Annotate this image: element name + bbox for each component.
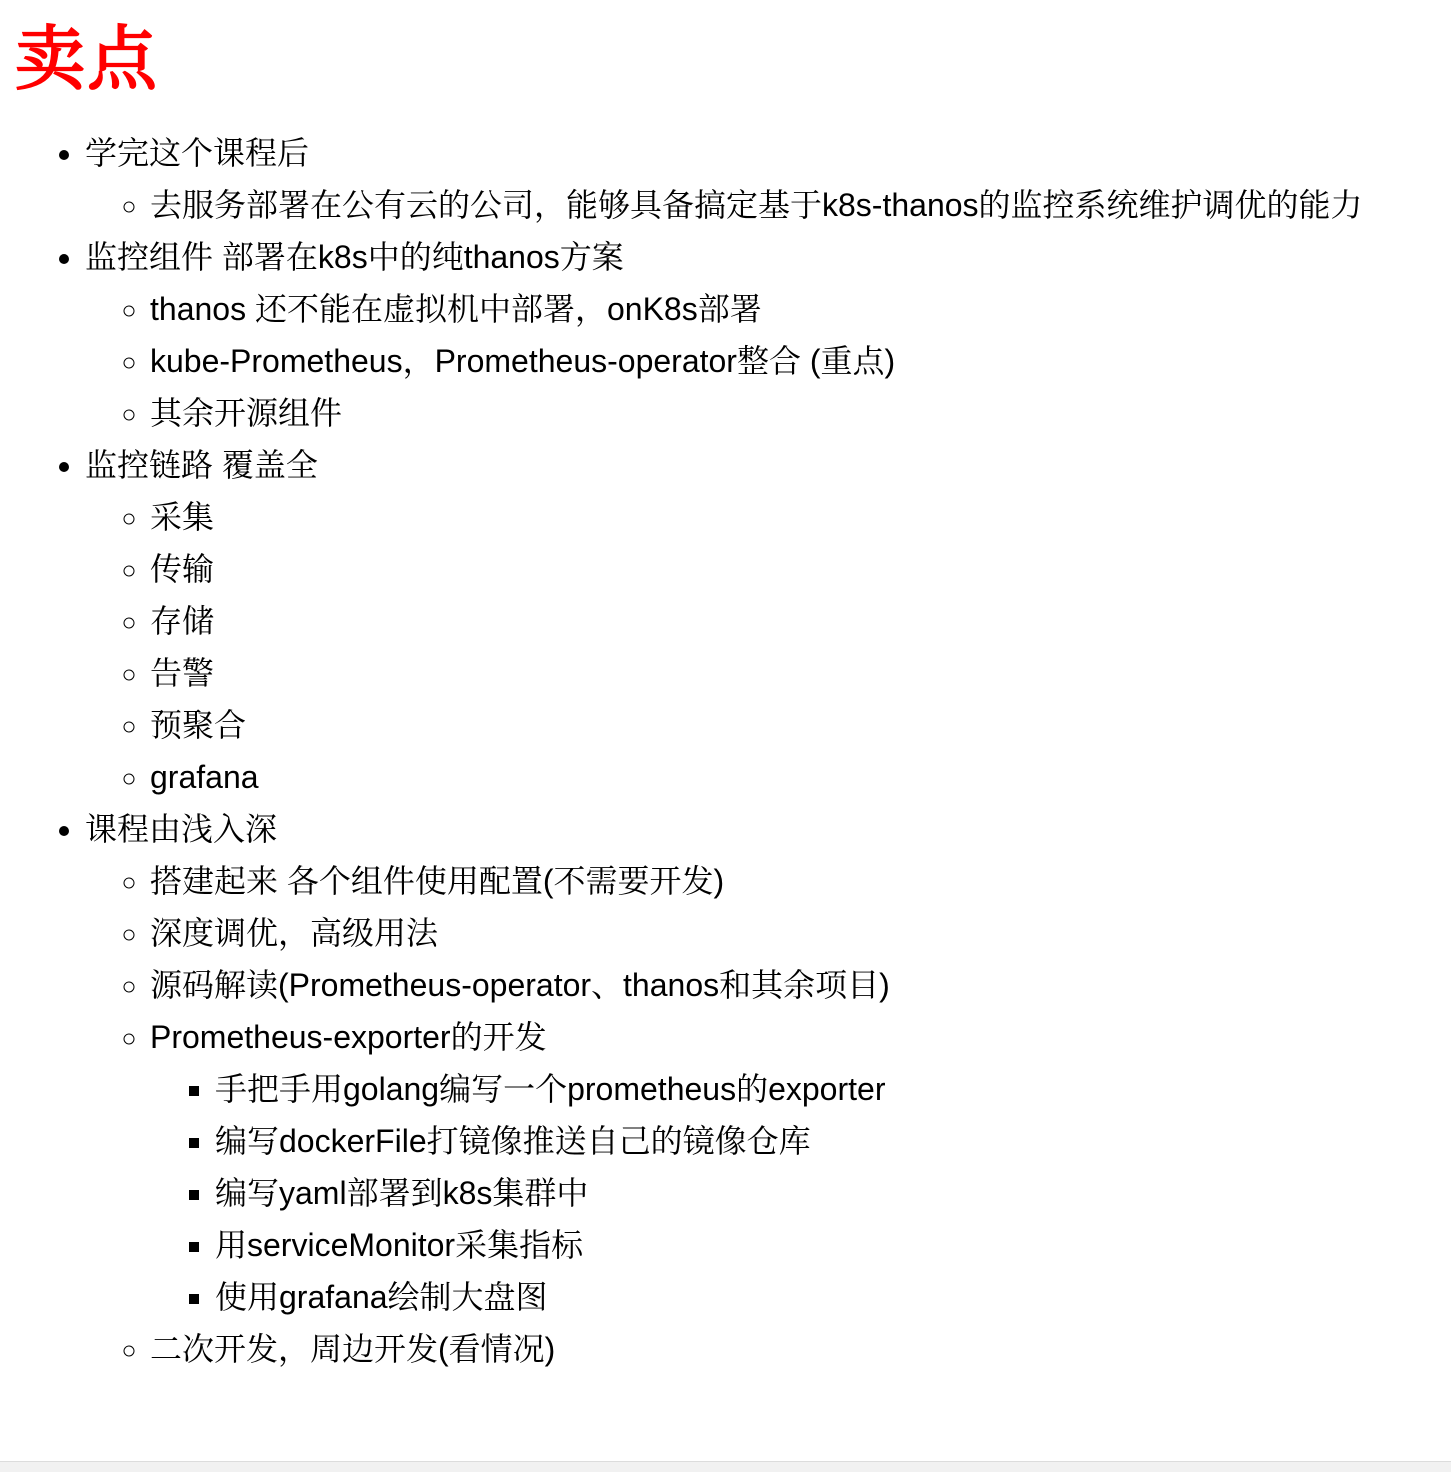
list-item-text: 预聚合 bbox=[150, 707, 246, 743]
list-item-text: 传输 bbox=[150, 551, 214, 587]
list-item: 存储 bbox=[150, 595, 1451, 647]
sublist: 去服务部署在公有云的公司，能够具备搞定基于k8s-thanos的监控系统维护调优… bbox=[85, 179, 1451, 231]
list-item: 预聚合 bbox=[150, 699, 1451, 751]
list-item: 编写dockerFile打镜像推送自己的镜像仓库 bbox=[215, 1115, 1451, 1167]
list-item-text: 采集 bbox=[150, 499, 214, 535]
list-item: 告警 bbox=[150, 647, 1451, 699]
list-item-text: 课程由浅入深 bbox=[85, 811, 277, 847]
list-item: 二次开发，周边开发(看情况) bbox=[150, 1323, 1451, 1375]
list-item: thanos 还不能在虚拟机中部署，onK8s部署 bbox=[150, 283, 1451, 335]
list-item-text: 编写yaml部署到k8s集群中 bbox=[215, 1175, 588, 1211]
list-item: 去服务部署在公有云的公司，能够具备搞定基于k8s-thanos的监控系统维护调优… bbox=[150, 179, 1451, 231]
list-item-text: 使用grafana绘制大盘图 bbox=[215, 1279, 548, 1315]
sublist: 搭建起来 各个组件使用配置(不需要开发) 深度调优，高级用法 源码解读(Prom… bbox=[85, 855, 1451, 1375]
list-item-text: 存储 bbox=[150, 603, 214, 639]
list-item-text: 其余开源组件 bbox=[150, 395, 342, 431]
list-item-text: 二次开发，周边开发(看情况) bbox=[150, 1331, 555, 1367]
sublist: 手把手用golang编写一个prometheus的exporter 编写dock… bbox=[150, 1063, 1451, 1323]
list-item: 其余开源组件 bbox=[150, 387, 1451, 439]
selling-points-list: 学完这个课程后 去服务部署在公有云的公司，能够具备搞定基于k8s-thanos的… bbox=[0, 127, 1451, 1375]
page-title: 卖点 bbox=[15, 14, 1451, 105]
list-item: 用serviceMonitor采集指标 bbox=[215, 1219, 1451, 1271]
list-item: Prometheus-exporter的开发 手把手用golang编写一个pro… bbox=[150, 1011, 1451, 1323]
document-body: 卖点 学完这个课程后 去服务部署在公有云的公司，能够具备搞定基于k8s-than… bbox=[0, 14, 1451, 1375]
list-item: 采集 bbox=[150, 491, 1451, 543]
list-item: 学完这个课程后 去服务部署在公有云的公司，能够具备搞定基于k8s-thanos的… bbox=[85, 127, 1451, 231]
list-item: grafana bbox=[150, 751, 1451, 803]
list-item-text: 监控组件 部署在k8s中的纯thanos方案 bbox=[85, 239, 624, 275]
list-item-text: 手把手用golang编写一个prometheus的exporter bbox=[215, 1071, 885, 1107]
list-item: 监控链路 覆盖全 采集 传输 存储 告警 预聚合 grafana bbox=[85, 439, 1451, 803]
list-item: 搭建起来 各个组件使用配置(不需要开发) bbox=[150, 855, 1451, 907]
list-item: 源码解读(Prometheus-operator、thanos和其余项目) bbox=[150, 959, 1451, 1011]
list-item: 编写yaml部署到k8s集群中 bbox=[215, 1167, 1451, 1219]
list-item: kube-Prometheus，Prometheus-operator整合 (重… bbox=[150, 335, 1451, 387]
list-item: 课程由浅入深 搭建起来 各个组件使用配置(不需要开发) 深度调优，高级用法 源码… bbox=[85, 803, 1451, 1375]
list-item-text: 源码解读(Prometheus-operator、thanos和其余项目) bbox=[150, 967, 890, 1003]
list-item: 监控组件 部署在k8s中的纯thanos方案 thanos 还不能在虚拟机中部署… bbox=[85, 231, 1451, 439]
list-item-text: 用serviceMonitor采集指标 bbox=[215, 1227, 583, 1263]
list-item-text: 监控链路 覆盖全 bbox=[85, 447, 318, 483]
list-item-text: grafana bbox=[150, 759, 259, 795]
list-item-text: 深度调优，高级用法 bbox=[150, 915, 438, 951]
list-item: 传输 bbox=[150, 543, 1451, 595]
list-item-text: 去服务部署在公有云的公司，能够具备搞定基于k8s-thanos的监控系统维护调优… bbox=[150, 187, 1363, 223]
horizontal-scrollbar[interactable] bbox=[0, 1461, 1451, 1472]
list-item-text: 搭建起来 各个组件使用配置(不需要开发) bbox=[150, 863, 724, 899]
list-item-text: kube-Prometheus，Prometheus-operator整合 (重… bbox=[150, 343, 895, 379]
sublist: thanos 还不能在虚拟机中部署，onK8s部署 kube-Prometheu… bbox=[85, 283, 1451, 439]
sublist: 采集 传输 存储 告警 预聚合 grafana bbox=[85, 491, 1451, 803]
list-item: 使用grafana绘制大盘图 bbox=[215, 1271, 1451, 1323]
list-item-text: Prometheus-exporter的开发 bbox=[150, 1019, 547, 1055]
list-item-text: thanos 还不能在虚拟机中部署，onK8s部署 bbox=[150, 291, 762, 327]
list-item-text: 编写dockerFile打镜像推送自己的镜像仓库 bbox=[215, 1123, 811, 1159]
list-item-text: 学完这个课程后 bbox=[85, 135, 309, 171]
list-item: 手把手用golang编写一个prometheus的exporter bbox=[215, 1063, 1451, 1115]
list-item-text: 告警 bbox=[150, 655, 214, 691]
list-item: 深度调优，高级用法 bbox=[150, 907, 1451, 959]
